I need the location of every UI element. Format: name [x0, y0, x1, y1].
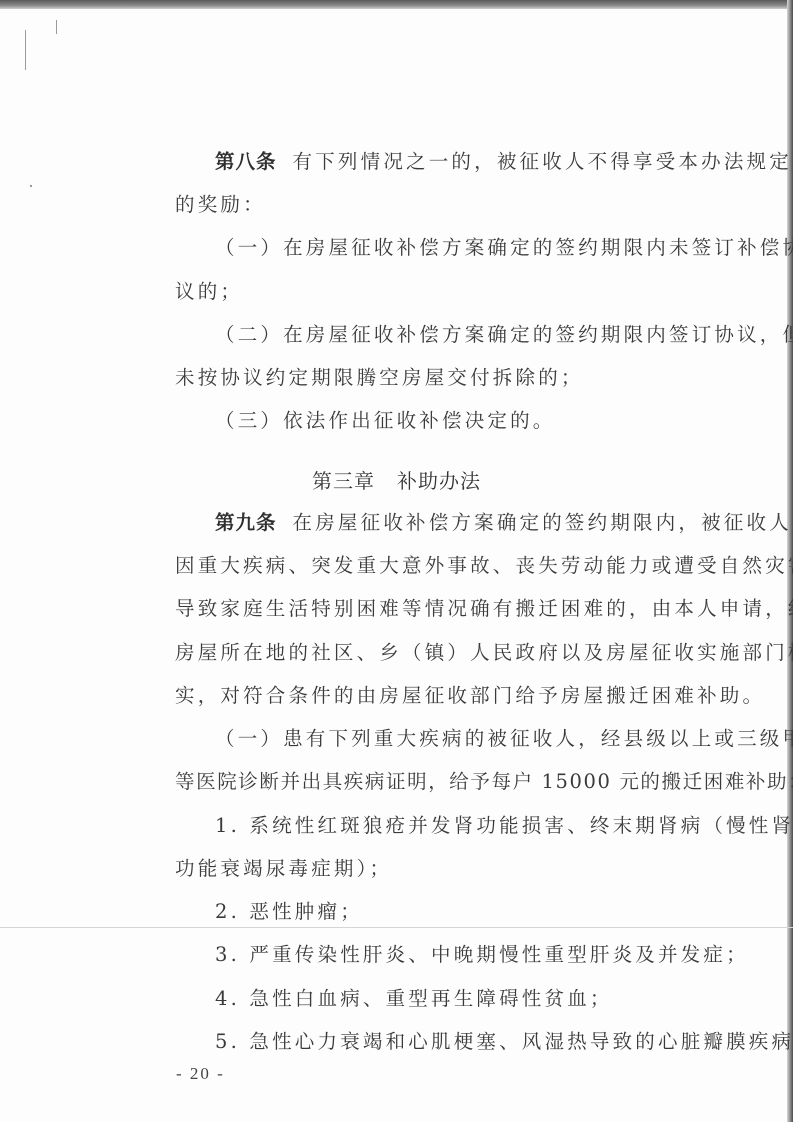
article-8-item-3: （三）依法作出征收补偿决定的。 — [215, 408, 556, 434]
article-9-item-1-line-2: 等医院诊断并出具疾病证明，给予每户 15000 元的搬迁困难补助： — [175, 769, 793, 795]
article-9-line-5: 实，对符合条件的由房屋征收部门给予房屋搬迁困难补助。 — [175, 683, 765, 709]
article-9-line-2: 因重大疾病、突发重大意外事故、丧失劳动能力或遭受自然灾害 — [175, 553, 793, 579]
article-8-label: 第八条 — [215, 150, 277, 173]
article-9-item-1-line-1: （一）患有下列重大疾病的被征收人，经县级以上或三级甲 — [215, 726, 793, 752]
article-9-label: 第九条 — [215, 511, 277, 534]
disease-1-line-1: 1. 系统性红斑狼疮并发肾功能损害、终末期肾病（慢性肾 — [215, 813, 793, 839]
article-8-line-2: 的奖励： — [175, 192, 266, 218]
article-8-item-2-line-2: 未按协议约定期限腾空房屋交付拆除的； — [175, 365, 584, 391]
article-9-line-3: 导致家庭生活特别困难等情况确有搬迁困难的，由本人申请，经 — [175, 596, 793, 622]
article-8-line-1: 第八条有下列情况之一的，被征收人不得享受本办法规定 — [215, 149, 792, 175]
article-8-item-2-line-1: （二）在房屋征收补偿方案确定的签约期限内签订协议，但 — [215, 322, 793, 348]
article-8-item-1-line-2: 议的； — [175, 279, 243, 305]
article-8-item-1-line-1: （一）在房屋征收补偿方案确定的签约期限内未签订补偿协 — [215, 235, 793, 261]
chapter-heading: 第三章补助办法 — [0, 465, 793, 494]
disease-2: 2. 恶性肿瘤； — [215, 899, 363, 925]
chapter-number: 第三章 — [312, 469, 375, 493]
disease-4: 4. 急性白血病、重型再生障碍性贫血； — [215, 986, 613, 1012]
page-number: - 20 - — [176, 1064, 225, 1084]
article-9-line-1: 第九条在房屋征收补偿方案确定的签约期限内，被征收人 — [215, 510, 792, 536]
chapter-title: 补助办法 — [397, 469, 481, 493]
document-page: 第八条有下列情况之一的，被征收人不得享受本办法规定 的奖励： （一）在房屋征收补… — [0, 0, 793, 1122]
disease-5: 5. 急性心力衰竭和心肌梗塞、风湿热导致的心脏瓣膜疾病； — [215, 1029, 793, 1055]
disease-1-line-2: 功能衰竭尿毒症期）； — [175, 856, 392, 882]
disease-3: 3. 严重传染性肝炎、中晚期慢性重型肝炎及并发症； — [215, 942, 749, 968]
article-9-line-4: 房屋所在地的社区、乡（镇）人民政府以及房屋征收实施部门核 — [175, 640, 793, 666]
